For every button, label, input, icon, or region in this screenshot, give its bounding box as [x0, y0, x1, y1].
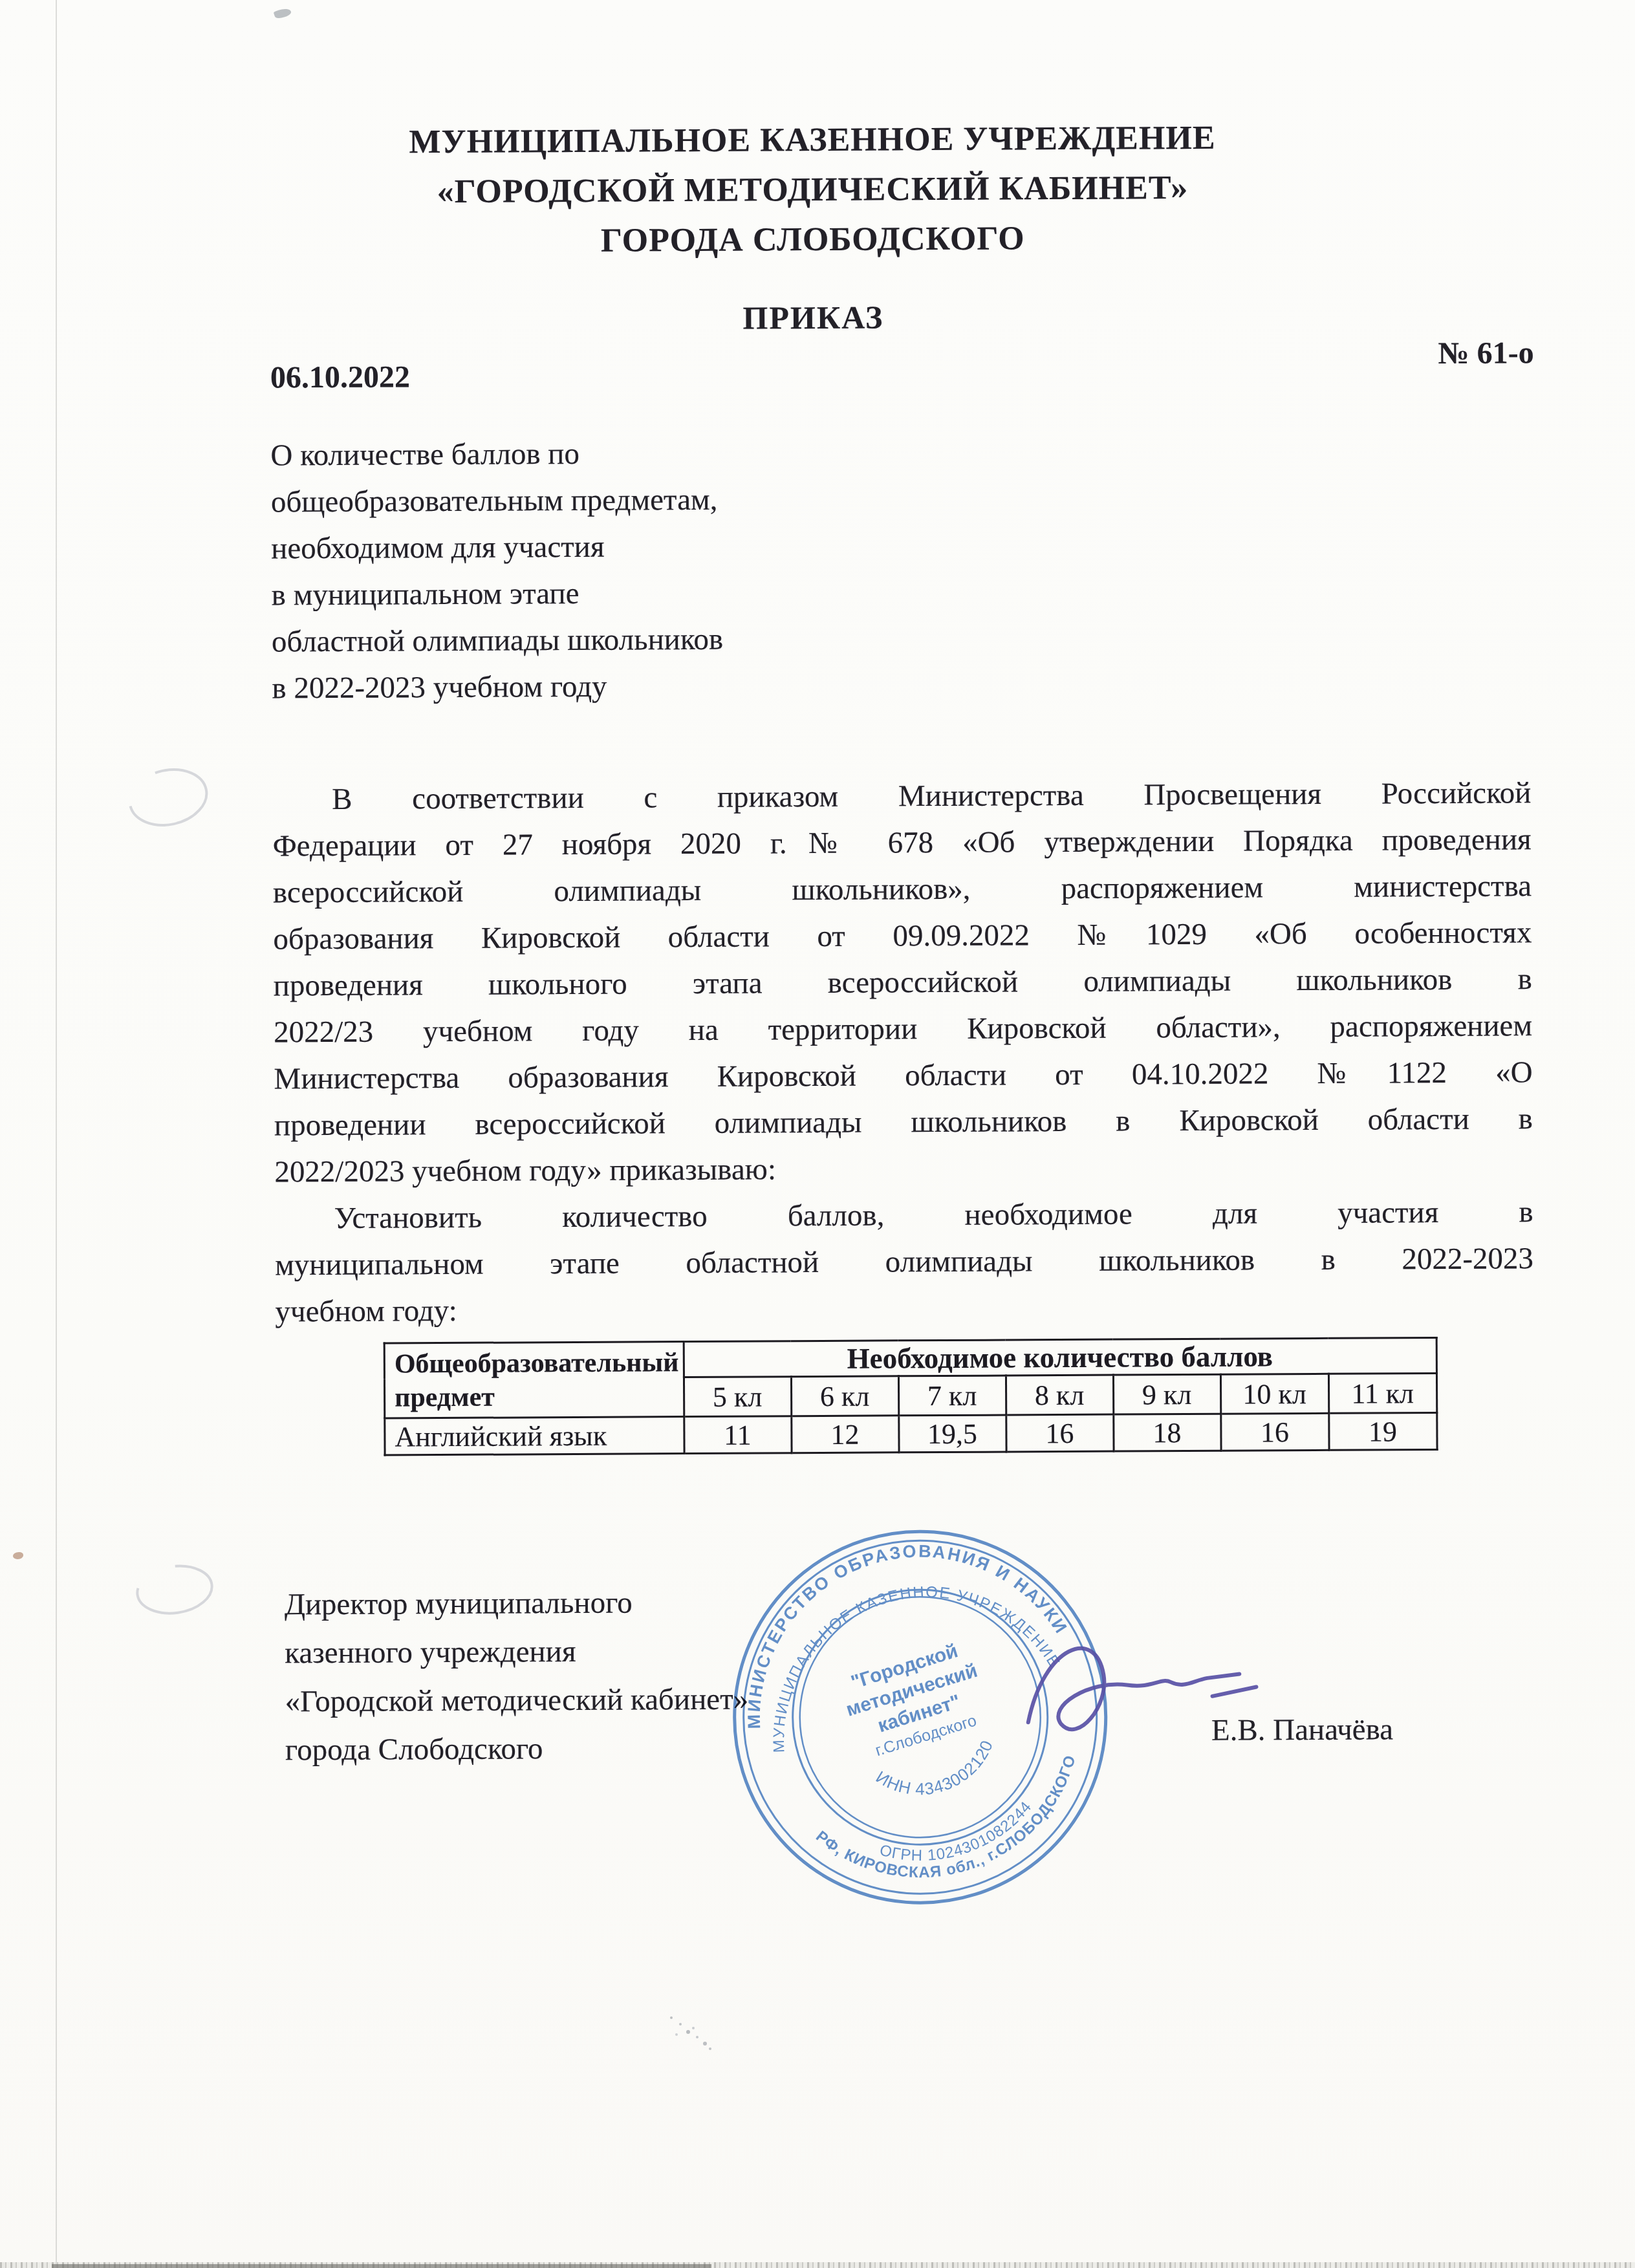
value-cell: 19 — [1328, 1412, 1436, 1450]
class-header-cell: 11 кл — [1328, 1373, 1436, 1413]
class-header-cell: 10 кл — [1220, 1374, 1328, 1414]
table-header-subject: Общеобразовательный предмет — [384, 1342, 684, 1418]
scan-crease-line — [56, 0, 57, 2268]
document-content: МУНИЦИПАЛЬНОЕ КАЗЕННОЕ УЧРЕЖДЕНИЕ «ГОРОД… — [0, 0, 1635, 2268]
doc-type-title: ПРИКАЗ — [0, 294, 1631, 340]
subject-line: в 2022-2023 учебном году — [272, 662, 983, 712]
body-line: Установить количество баллов, необходимо… — [274, 1189, 1533, 1242]
body-line: Федерации от 27 ноября 2020 г.№ 678 «Об … — [272, 816, 1531, 869]
body-line: 2022/2023 учебном году» приказываю: — [274, 1142, 1533, 1195]
subject-line: общеобразовательным предметам, — [271, 475, 982, 526]
body-line: учебном году: — [275, 1282, 1533, 1335]
class-header-cell: 7 кл — [898, 1376, 1006, 1416]
subject-line: областной олимпиады школьников — [272, 615, 983, 665]
speckle-cluster — [670, 2016, 673, 2019]
class-header-cell: 8 кл — [1006, 1375, 1113, 1415]
org-name-header: МУНИЦИПАЛЬНОЕ КАЗЕННОЕ УЧРЕЖДЕНИЕ «ГОРОД… — [0, 111, 1630, 268]
body-line: 2022/23 учебном году на территории Киров… — [274, 1002, 1532, 1055]
pencil-mark — [123, 762, 213, 833]
value-cell: 19,5 — [898, 1415, 1006, 1453]
scanned-order-page: МУНИЦИПАЛЬНОЕ КАЗЕННОЕ УЧРЕЖДЕНИЕ «ГОРОД… — [0, 0, 1635, 2268]
subject-line: необходимом для участия — [271, 522, 982, 572]
subject-cell: Английский язык — [385, 1417, 684, 1455]
body-text: В соответствии с приказом Министерства П… — [272, 770, 1533, 1335]
body-line: образования Кировской области от 09.09.2… — [273, 909, 1532, 962]
org-name-line: МУНИЦИПАЛЬНОЕ КАЗЕННОЕ УЧРЕЖДЕНИЕ — [0, 111, 1630, 169]
body-line: муниципальном этапе областной олимпиады … — [275, 1235, 1533, 1288]
subject-line: О количестве баллов по — [270, 429, 982, 479]
body-line: всероссийской олимпиады школьников», рас… — [273, 863, 1532, 916]
body-line: проведении всероссийской олимпиады школь… — [274, 1096, 1533, 1149]
body-line: В соответствии с приказом Министерства П… — [272, 770, 1531, 823]
org-name-line: ГОРОДА СЛОБОДСКОГО — [0, 210, 1630, 268]
pencil-mark — [129, 1557, 220, 1622]
value-cell: 16 — [1220, 1413, 1328, 1451]
subject-block: О количестве баллов по общеобразовательн… — [270, 429, 983, 712]
value-cell: 18 — [1113, 1414, 1220, 1451]
doc-number: № 61-о — [1438, 335, 1534, 371]
value-cell: 11 — [684, 1416, 791, 1454]
points-table: Общеобразовательный предмет Необходимое … — [384, 1337, 1438, 1456]
value-cell: 16 — [1006, 1414, 1113, 1452]
body-line: Министерства образования Кировской облас… — [274, 1049, 1532, 1102]
doc-date: 06.10.2022 — [270, 359, 410, 395]
class-header-cell: 6 кл — [791, 1376, 898, 1416]
class-header-cell: 9 кл — [1113, 1374, 1220, 1414]
subject-line: в муниципальном этапе — [271, 568, 982, 619]
org-name-line: «ГОРОДСКОЙ МЕТОДИЧЕСКИЙ КАБИНЕТ» — [0, 160, 1630, 219]
scan-bottom-edge-dark — [52, 2264, 711, 2268]
table-header-points: Необходимое количество баллов — [684, 1337, 1436, 1377]
class-header-cell: 5 кл — [684, 1377, 791, 1417]
body-line: проведения школьного этапа всероссийской… — [274, 956, 1532, 1009]
value-cell: 12 — [791, 1416, 898, 1453]
table-row: Английский язык 11 12 19,5 16 18 16 19 — [385, 1412, 1437, 1455]
handwritten-signature — [999, 1614, 1271, 1797]
